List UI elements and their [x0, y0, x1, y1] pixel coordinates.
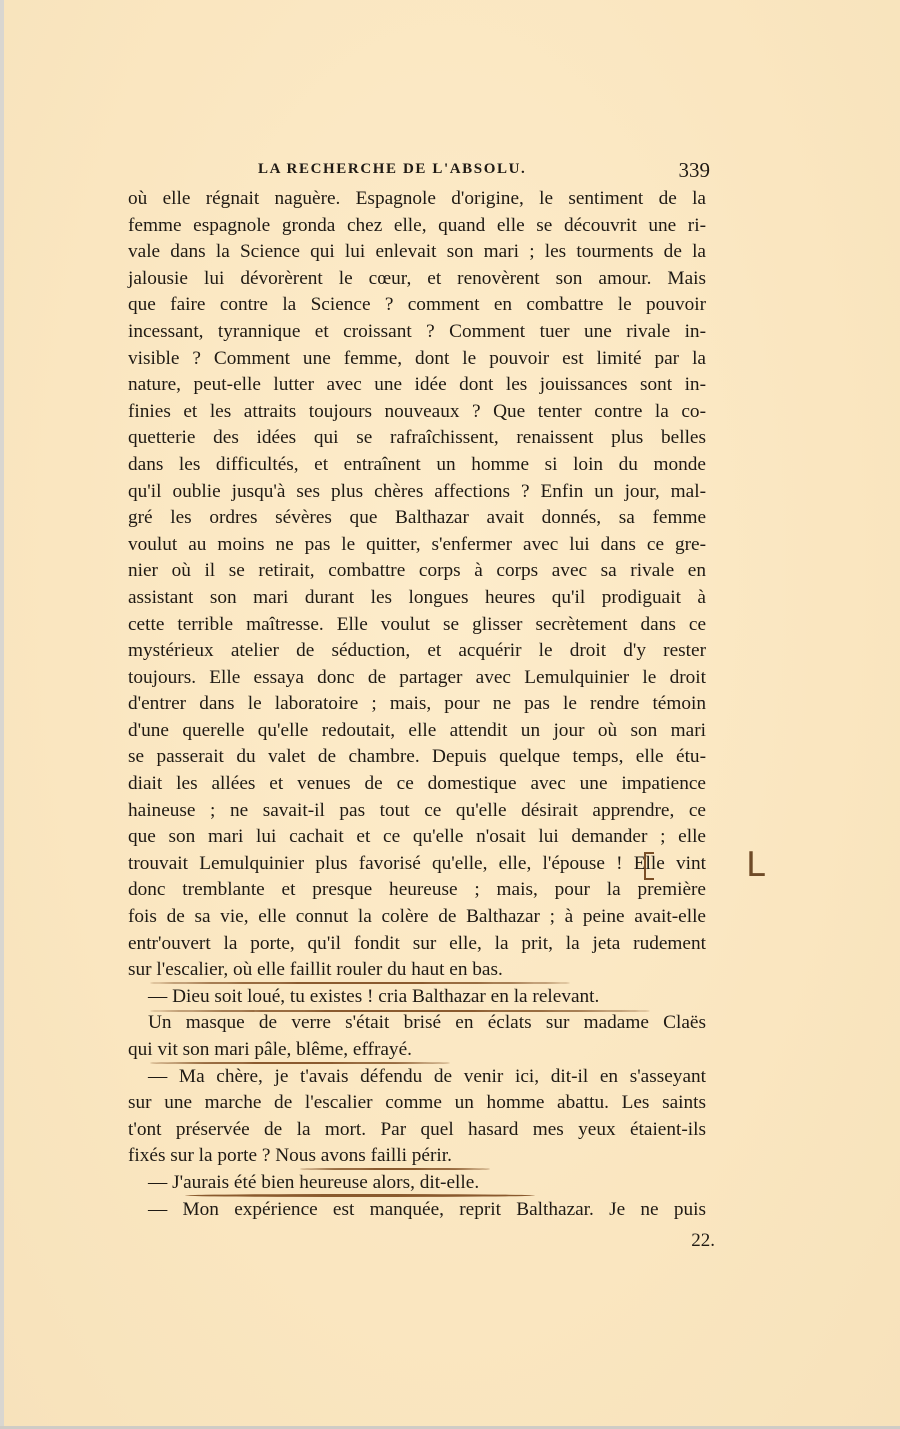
text-line: que son mari lui cachait et ce qu'elle n…: [128, 824, 706, 851]
text-line: finies et les attraits toujours nouveaux…: [128, 399, 706, 426]
ink-bracket-mark: [644, 852, 654, 880]
text-line: où elle régnait naguère. Espagnole d'ori…: [128, 186, 706, 213]
dialogue-line: — Ma chère, je t'avais défendu de venir …: [128, 1064, 706, 1091]
margin-l-mark: L: [746, 845, 765, 885]
dialogue-line: — J'aurais été bien heureuse alors, dit-…: [128, 1170, 706, 1197]
text-line: quetterie des idées qui se rafraîchissen…: [128, 425, 706, 452]
body-text: où elle régnait naguère. Espagnole d'ori…: [128, 186, 706, 1223]
book-page: LA RECHERCHE DE L'ABSOLU. 339 où elle ré…: [0, 0, 900, 1429]
ink-underline: [300, 1168, 490, 1170]
running-head: LA RECHERCHE DE L'ABSOLU. 339: [128, 158, 710, 184]
text-line: fixés sur la porte ? Nous avons failli p…: [128, 1143, 706, 1170]
text-line: entr'ouvert la porte, qu'il fondit sur e…: [128, 931, 706, 958]
text-line: cette terrible maîtresse. Elle voulut se…: [128, 612, 706, 639]
text-line: femme espagnole gronda chez elle, quand …: [128, 213, 706, 240]
text-line: d'entrer dans le laboratoire ; mais, pou…: [128, 691, 706, 718]
text-line: diait les allées et venues de ce domesti…: [128, 771, 706, 798]
page-number: 339: [679, 158, 711, 183]
text-line: nature, peut-elle lutter avec une idée d…: [128, 372, 706, 399]
ink-underline: [185, 1194, 535, 1197]
text-line: donc tremblante et presque heureuse ; ma…: [128, 877, 706, 904]
text-line: gré les ordres sévères que Balthazar ava…: [128, 505, 706, 532]
running-title: LA RECHERCHE DE L'ABSOLU.: [258, 161, 526, 178]
text-line: qu'il oublie jusqu'à ses plus chères aff…: [128, 479, 706, 506]
text-line: nier où il se retirait, combattre corps …: [128, 558, 706, 585]
text-line: d'une querelle qu'elle redoutait, elle a…: [128, 718, 706, 745]
text-line: se passerait du valet de chambre. Depuis…: [128, 744, 706, 771]
ink-underline: [150, 1010, 650, 1012]
text-line: voulut au moins ne pas le quitter, s'enf…: [128, 532, 706, 559]
text-line: trouvait Lemulquinier plus favorisé qu'e…: [128, 851, 706, 878]
ink-underline: [150, 982, 570, 984]
text-line: visible ? Comment une femme, dont le pou…: [128, 346, 706, 373]
text-line: haineuse ; ne savait-il pas tout ce qu'e…: [128, 798, 706, 825]
text-line: assistant son mari durant les longues he…: [128, 585, 706, 612]
text-line: fois de sa vie, elle connut la colère de…: [128, 904, 706, 931]
text-line: incessant, tyrannique et croissant ? Com…: [128, 319, 706, 346]
text-line: sur une marche de l'escalier comme un ho…: [128, 1090, 706, 1117]
signature-mark: 22.: [691, 1230, 715, 1252]
scan-edge-left: [0, 0, 4, 1429]
text-line: mystérieux atelier de séduction, et acqu…: [128, 638, 706, 665]
text-line: jalousie lui dévorèrent le cœur, et reno…: [128, 266, 706, 293]
text-line: Un masque de verre s'était brisé en écla…: [128, 1010, 706, 1037]
dialogue-line: — Dieu soit loué, tu existes ! cria Balt…: [128, 984, 706, 1011]
text-line: que faire contre la Science ? comment en…: [128, 292, 706, 319]
text-line: dans les difficultés, et entraînent un h…: [128, 452, 706, 479]
text-line: qui vit son mari pâle, blême, effrayé.: [128, 1037, 706, 1064]
text-line: t'ont préservée de la mort. Par quel has…: [128, 1117, 706, 1144]
ink-underline: [150, 1062, 450, 1064]
text-line: sur l'escalier, où elle faillit rouler d…: [128, 957, 706, 984]
dialogue-line: — Mon expérience est manquée, reprit Bal…: [128, 1197, 706, 1224]
text-line: toujours. Elle essaya donc de partager a…: [128, 665, 706, 692]
text-line: vale dans la Science qui lui enlevait so…: [128, 239, 706, 266]
